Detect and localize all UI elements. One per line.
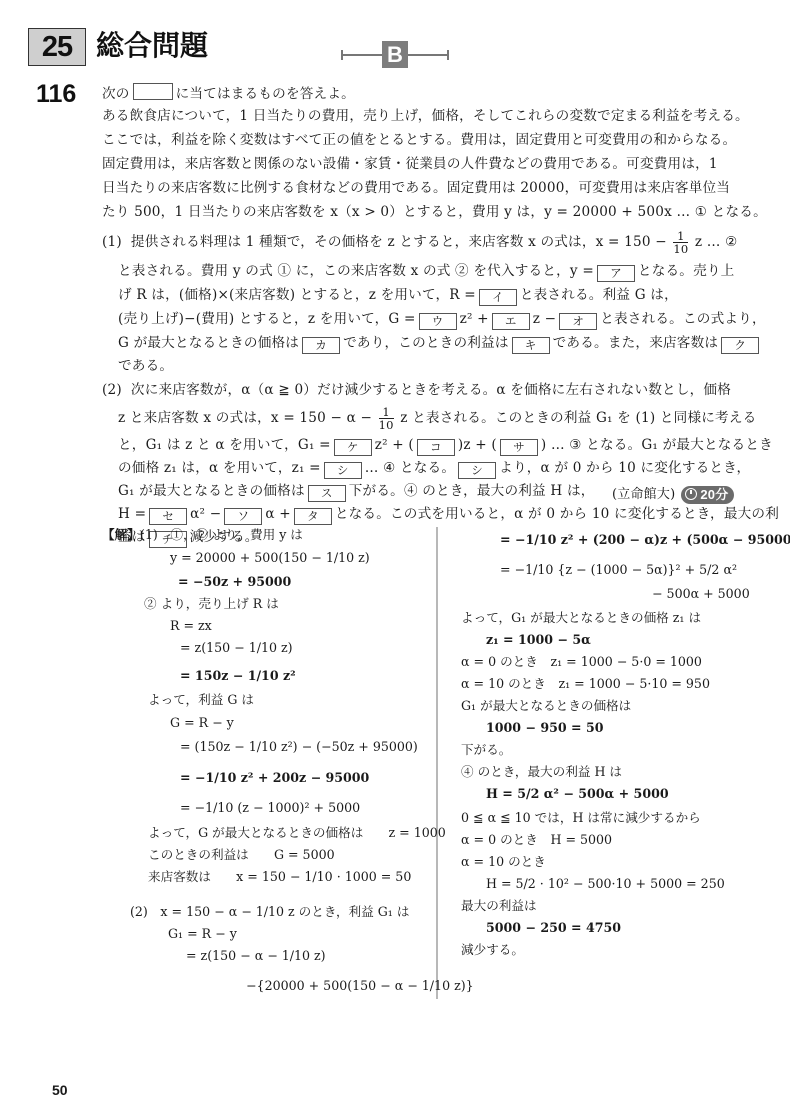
fraction-denominator: 10 bbox=[379, 419, 394, 431]
solution-left-line: −{20000 + 500(150 − α − 1/10 z)} bbox=[246, 976, 474, 996]
time-badge: 20分 bbox=[681, 486, 734, 504]
part1-text: と表される。費用 y の式 ① に，この来店客数 x の式 ② を代入すると，y… bbox=[118, 263, 594, 279]
blank-placeholder bbox=[133, 83, 173, 100]
solution-left-line: G = R − y bbox=[170, 713, 234, 733]
solution-right-line: = −1/10 {z − (1000 − 5α)}² + 5/2 α² bbox=[500, 560, 737, 580]
clock-icon bbox=[685, 488, 697, 500]
blank-su: ス bbox=[308, 485, 346, 502]
part2-line5: G₁ が最大となるときの価格はス下がる。④ のとき，最大の利益 H は， bbox=[118, 480, 595, 502]
blank-ko: コ bbox=[417, 439, 455, 456]
solution-left-line: = −1/10 z² + 200z − 95000 bbox=[180, 768, 369, 788]
part1-text: げ R は，(価格)×(来店客数) とすると，z を用いて，R = bbox=[118, 287, 476, 303]
part2-text: と，G₁ は z と α を用いて，G₁ = bbox=[118, 437, 331, 453]
part2-text: )z + ( bbox=[458, 437, 497, 453]
section-number: 25 bbox=[28, 28, 86, 66]
blank-o: オ bbox=[559, 313, 597, 330]
instruction-text: 次の bbox=[102, 86, 130, 102]
part2-text: ) … ③ となる。G₁ が最大となるとき bbox=[541, 437, 773, 453]
part1-line2: と表される。費用 y の式 ① に，この来店客数 x の式 ② を代入すると，y… bbox=[118, 260, 734, 282]
section-title: 総合問題 bbox=[96, 26, 208, 66]
source-text: (立命館大) bbox=[612, 487, 675, 502]
part2-text: z と来店客数 x の式は，x = 150 − α − bbox=[118, 410, 372, 426]
intro-line: ここでは，利益を除く変数はすべて正の値をとるとする。費用は，固定費用と可変費用の… bbox=[102, 129, 736, 151]
solution-left-line: よって，G が最大となるときの価格は z = 1000 bbox=[148, 823, 446, 843]
part-label: (2) bbox=[102, 382, 122, 398]
part2-text: z² + ( bbox=[375, 437, 414, 453]
instruction-text: に当てはまるものを答えよ。 bbox=[176, 86, 355, 102]
problem-instruction: 次のに当てはまるものを答えよ。 bbox=[102, 83, 355, 105]
solution-left-line: G₁ = R − y bbox=[168, 924, 237, 944]
part1-text: (売り上げ)−(費用) とすると，z を用いて，G = bbox=[118, 311, 416, 327]
blank-ta: タ bbox=[294, 508, 332, 525]
part1-line4: (売り上げ)−(費用) とすると，z を用いて，G =ウz² +エz −オと表さ… bbox=[118, 308, 766, 330]
solution-right-line: 0 ≦ α ≦ 10 では，H は常に減少するから bbox=[461, 808, 701, 828]
solution-left-line: 来店客数は x = 150 − 1/10 · 1000 = 50 bbox=[148, 867, 411, 887]
blank-ku: ク bbox=[721, 337, 759, 354]
part1-text: と表される。利益 G は， bbox=[520, 287, 678, 303]
solution-right-line: ④ のとき，最大の利益 H は bbox=[461, 762, 622, 782]
solution-right-line: H = 5/2 · 10² − 500·10 + 5000 = 250 bbox=[486, 874, 725, 894]
part1-line6: である。 bbox=[118, 355, 173, 377]
part2-line1: (2) 次に来店客数が，α（α ≧ 0）だけ減少するときを考える。α を価格に左… bbox=[102, 379, 731, 401]
blank-se: セ bbox=[149, 508, 187, 525]
solution-left-line: = z(150 − 1/10 z) bbox=[180, 638, 293, 658]
fraction: 110 bbox=[379, 406, 394, 431]
solution-left-line: このときの利益は G = 5000 bbox=[148, 845, 335, 865]
part2-text: α + bbox=[265, 506, 291, 522]
solution-left-line: = −50z + 95000 bbox=[178, 572, 291, 592]
intro-line: 日当たりの来店客数に比例する食材などの費用である。固定費用は 20000，可変費… bbox=[102, 177, 730, 199]
part2-line6: H =セα² −ソα +タとなる。この式を用いると，α が 0 から 10 に変… bbox=[118, 503, 779, 525]
part2-text: α² − bbox=[190, 506, 221, 522]
fraction: 110 bbox=[673, 230, 688, 255]
part2-text: … ④ となる。 bbox=[365, 460, 455, 476]
level-badge: B bbox=[382, 41, 408, 68]
solution-left-line: = −1/10 (z − 1000)² + 5000 bbox=[180, 798, 360, 818]
column-divider bbox=[436, 527, 438, 999]
time-text: 20分 bbox=[700, 487, 728, 502]
solution-right-line: 下がる。 bbox=[461, 740, 511, 760]
part1-text: と表される。この式より， bbox=[600, 311, 766, 327]
solution-right-line: よって，G₁ が最大となるときの価格 z₁ は bbox=[461, 608, 701, 628]
part2-text: 下がる。④ のとき，最大の利益 H は， bbox=[349, 483, 595, 499]
solution-left-line: = (150z − 1/10 z²) − (−50z + 95000) bbox=[180, 737, 418, 757]
part1-line3: げ R は，(価格)×(来店客数) とすると，z を用いて，R =イと表される。… bbox=[118, 284, 678, 306]
blank-ka: カ bbox=[302, 337, 340, 354]
solution-left-line: = z(150 − α − 1/10 z) bbox=[186, 946, 326, 966]
fraction-denominator: 10 bbox=[673, 243, 688, 255]
solution-right-line: α = 0 のとき H = 5000 bbox=[461, 830, 612, 850]
part1-text: である。また，来店客数は bbox=[553, 335, 719, 351]
solution-right-line: α = 10 のとき z₁ = 1000 − 5·10 = 950 bbox=[461, 674, 710, 694]
intro-line: ある飲食店について，1 日当たりの費用，売り上げ，価格，そしてこれらの変数で定ま… bbox=[102, 105, 749, 127]
blank-ki: キ bbox=[512, 337, 550, 354]
part1-text: z − bbox=[533, 311, 556, 327]
solution-right-line: G₁ が最大となるときの価格は bbox=[461, 696, 631, 716]
part2-line3: と，G₁ は z と α を用いて，G₁ =ケz² + (コ)z + (サ) …… bbox=[118, 434, 773, 456]
part2-text: 次に来店客数が，α（α ≧ 0）だけ減少するときを考える。α を価格に左右されな… bbox=[131, 382, 731, 398]
part-label: (1) bbox=[102, 234, 122, 250]
solution-right-line: α = 0 のとき z₁ = 1000 − 5·0 = 1000 bbox=[461, 652, 702, 672]
blank-e: エ bbox=[492, 313, 530, 330]
part2-text: G₁ が最大となるときの価格は bbox=[118, 483, 305, 499]
part1-line1: (1) 提供される料理は 1 種類で，その価格を z とすると，来店客数 x の… bbox=[102, 230, 738, 255]
page-number: 50 bbox=[52, 1082, 68, 1098]
problem-number: 116 bbox=[36, 79, 76, 109]
solution-right-line: − 500α + 5000 bbox=[652, 584, 750, 604]
part1-text: 提供される料理は 1 種類で，その価格を z とすると，来店客数 x の式は，x… bbox=[131, 234, 667, 250]
part1-text: G が最大となるときの価格は bbox=[118, 335, 299, 351]
blank-a: ア bbox=[597, 265, 635, 282]
solution-right-line: α = 10 のとき bbox=[461, 852, 546, 872]
part1-text: z² + bbox=[460, 311, 489, 327]
intro-line: たり 500，1 日当たりの来店客数を x（x > 0）とすると，費用 y は，… bbox=[102, 201, 767, 223]
solution-left-line: = 150z − 1/10 z² bbox=[180, 666, 296, 686]
solution-right-line: z₁ = 1000 − 5α bbox=[486, 630, 591, 650]
solution-label-text: 【解】 bbox=[102, 527, 140, 542]
part2-line2: z と来店客数 x の式は，x = 150 − α − 110 z と表される。… bbox=[118, 406, 756, 431]
solution-left-line: y = 20000 + 500(150 − 1/10 z) bbox=[170, 548, 370, 568]
intro-line: 固定費用は，来店客数と関係のない設備・家賃・従業員の人件費などの費用である。可変… bbox=[102, 153, 718, 175]
part2-text: の価格 z₁ は，α を用いて，z₁ = bbox=[118, 460, 321, 476]
solution-left-line: (1) ①，② より，費用 y は bbox=[140, 525, 303, 545]
part2-text: H = bbox=[118, 506, 146, 522]
blank-i: イ bbox=[479, 289, 517, 306]
part2-text: z と表される。このときの利益 G₁ を (1) と同様に考える bbox=[400, 410, 756, 426]
solution-right-line: 1000 − 950 = 50 bbox=[486, 718, 604, 738]
blank-u: ウ bbox=[419, 313, 457, 330]
part1-text: であり，このときの利益は bbox=[343, 335, 509, 351]
solution-right-line: H = 5/2 α² − 500α + 5000 bbox=[486, 784, 669, 804]
solution-right-line: 最大の利益は bbox=[461, 896, 537, 916]
solution-left-line: よって，利益 G は bbox=[148, 690, 254, 710]
blank-so: ソ bbox=[224, 508, 262, 525]
solution-left-line: ② より，売り上げ R は bbox=[144, 594, 279, 614]
blank-shi: シ bbox=[324, 462, 362, 479]
solution-left-line: (2) x = 150 − α − 1/10 z のとき，利益 G₁ は bbox=[130, 902, 409, 922]
blank-ke: ケ bbox=[334, 439, 372, 456]
part2-text: となる。この式を用いると，α が 0 から 10 に変化するとき，最大の利 bbox=[335, 506, 779, 522]
source-attribution: (立命館大)20分 bbox=[612, 484, 734, 506]
part1-text: となる。売り上 bbox=[638, 263, 735, 279]
solution-right-line: 5000 − 250 = 4750 bbox=[486, 918, 621, 938]
part2-text: より，α が 0 から 10 に変化するとき， bbox=[499, 460, 750, 476]
part1-line5: G が最大となるときの価格はカであり，このときの利益はキである。また，来店客数は… bbox=[118, 332, 762, 354]
blank-sa: サ bbox=[500, 439, 538, 456]
part1-text: z … ② bbox=[695, 234, 738, 250]
solution-right-line: = −1/10 z² + (200 − α)z + (500α − 95000) bbox=[500, 530, 790, 550]
solution-label: 【解】 bbox=[102, 525, 140, 545]
blank-shi-ref: シ bbox=[458, 462, 496, 479]
solution-right-line: 減少する。 bbox=[461, 940, 524, 960]
part2-line4: の価格 z₁ は，α を用いて，z₁ =シ… ④ となる。シより，α が 0 か… bbox=[118, 457, 750, 479]
solution-left-line: R = zx bbox=[170, 616, 212, 636]
